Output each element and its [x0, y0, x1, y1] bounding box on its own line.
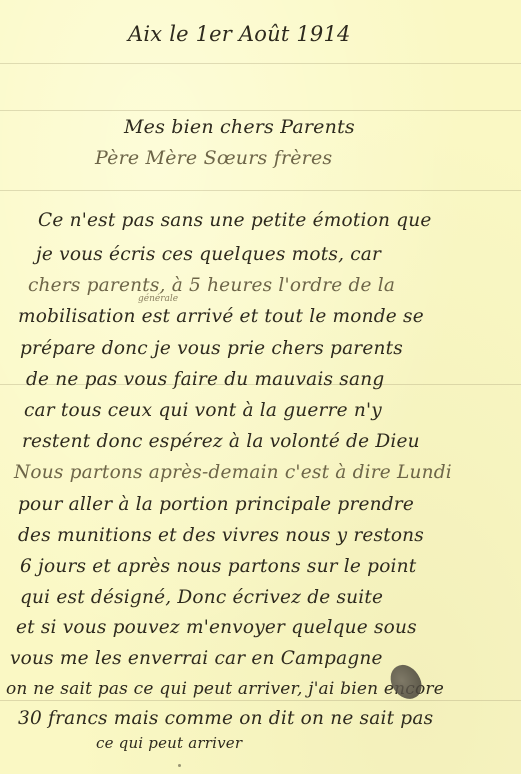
body-line: chers parents, à 5 heures l'ordre de la	[28, 275, 395, 296]
letter-page: Aix le 1er Août 1914 Mes bien chers Pare…	[0, 0, 521, 774]
ruled-line	[0, 700, 521, 701]
insertion-note: générale	[138, 294, 178, 304]
dateline: Aix le 1er Août 1914	[128, 22, 351, 46]
body-line: ce qui peut arriver	[96, 734, 242, 752]
body-line: de ne pas vous faire du mauvais sang	[26, 369, 384, 390]
ruled-line	[0, 110, 521, 111]
ruled-line	[0, 63, 521, 64]
body-line: pour aller à la portion principale prend…	[18, 494, 414, 515]
body-line: Ce n'est pas sans une petite émotion que	[38, 210, 431, 231]
ruled-line	[0, 190, 521, 191]
body-line: vous me les enverrai car en Campagne	[10, 648, 383, 669]
body-line: des munitions et des vivres nous y resto…	[18, 525, 424, 546]
body-line: 30 francs mais comme on dit on ne sait p…	[18, 708, 433, 729]
body-line: je vous écris ces quelques mots, car	[36, 244, 381, 265]
ink-speck	[178, 764, 181, 767]
body-line: prépare donc je vous prie chers parents	[20, 338, 403, 359]
body-line: restent donc espérez à la volonté de Die…	[22, 431, 420, 452]
body-line: qui est désigné, Donc écrivez de suite	[20, 587, 383, 608]
body-line: 6 jours et après nous partons sur le poi…	[20, 556, 416, 577]
body-line: car tous ceux qui vont à la guerre n'y	[24, 400, 382, 421]
body-line: Nous partons après-demain c'est à dire L…	[14, 462, 452, 483]
salutation-line-2: Père Mère Sœurs frères	[95, 147, 332, 169]
body-line: on ne sait pas ce qui peut arriver, j'ai…	[6, 679, 444, 699]
salutation-line-1: Mes bien chers Parents	[124, 116, 355, 138]
body-line: et si vous pouvez m'envoyer quelque sous	[16, 617, 417, 638]
body-line: mobilisation est arrivé et tout le monde…	[18, 306, 424, 327]
